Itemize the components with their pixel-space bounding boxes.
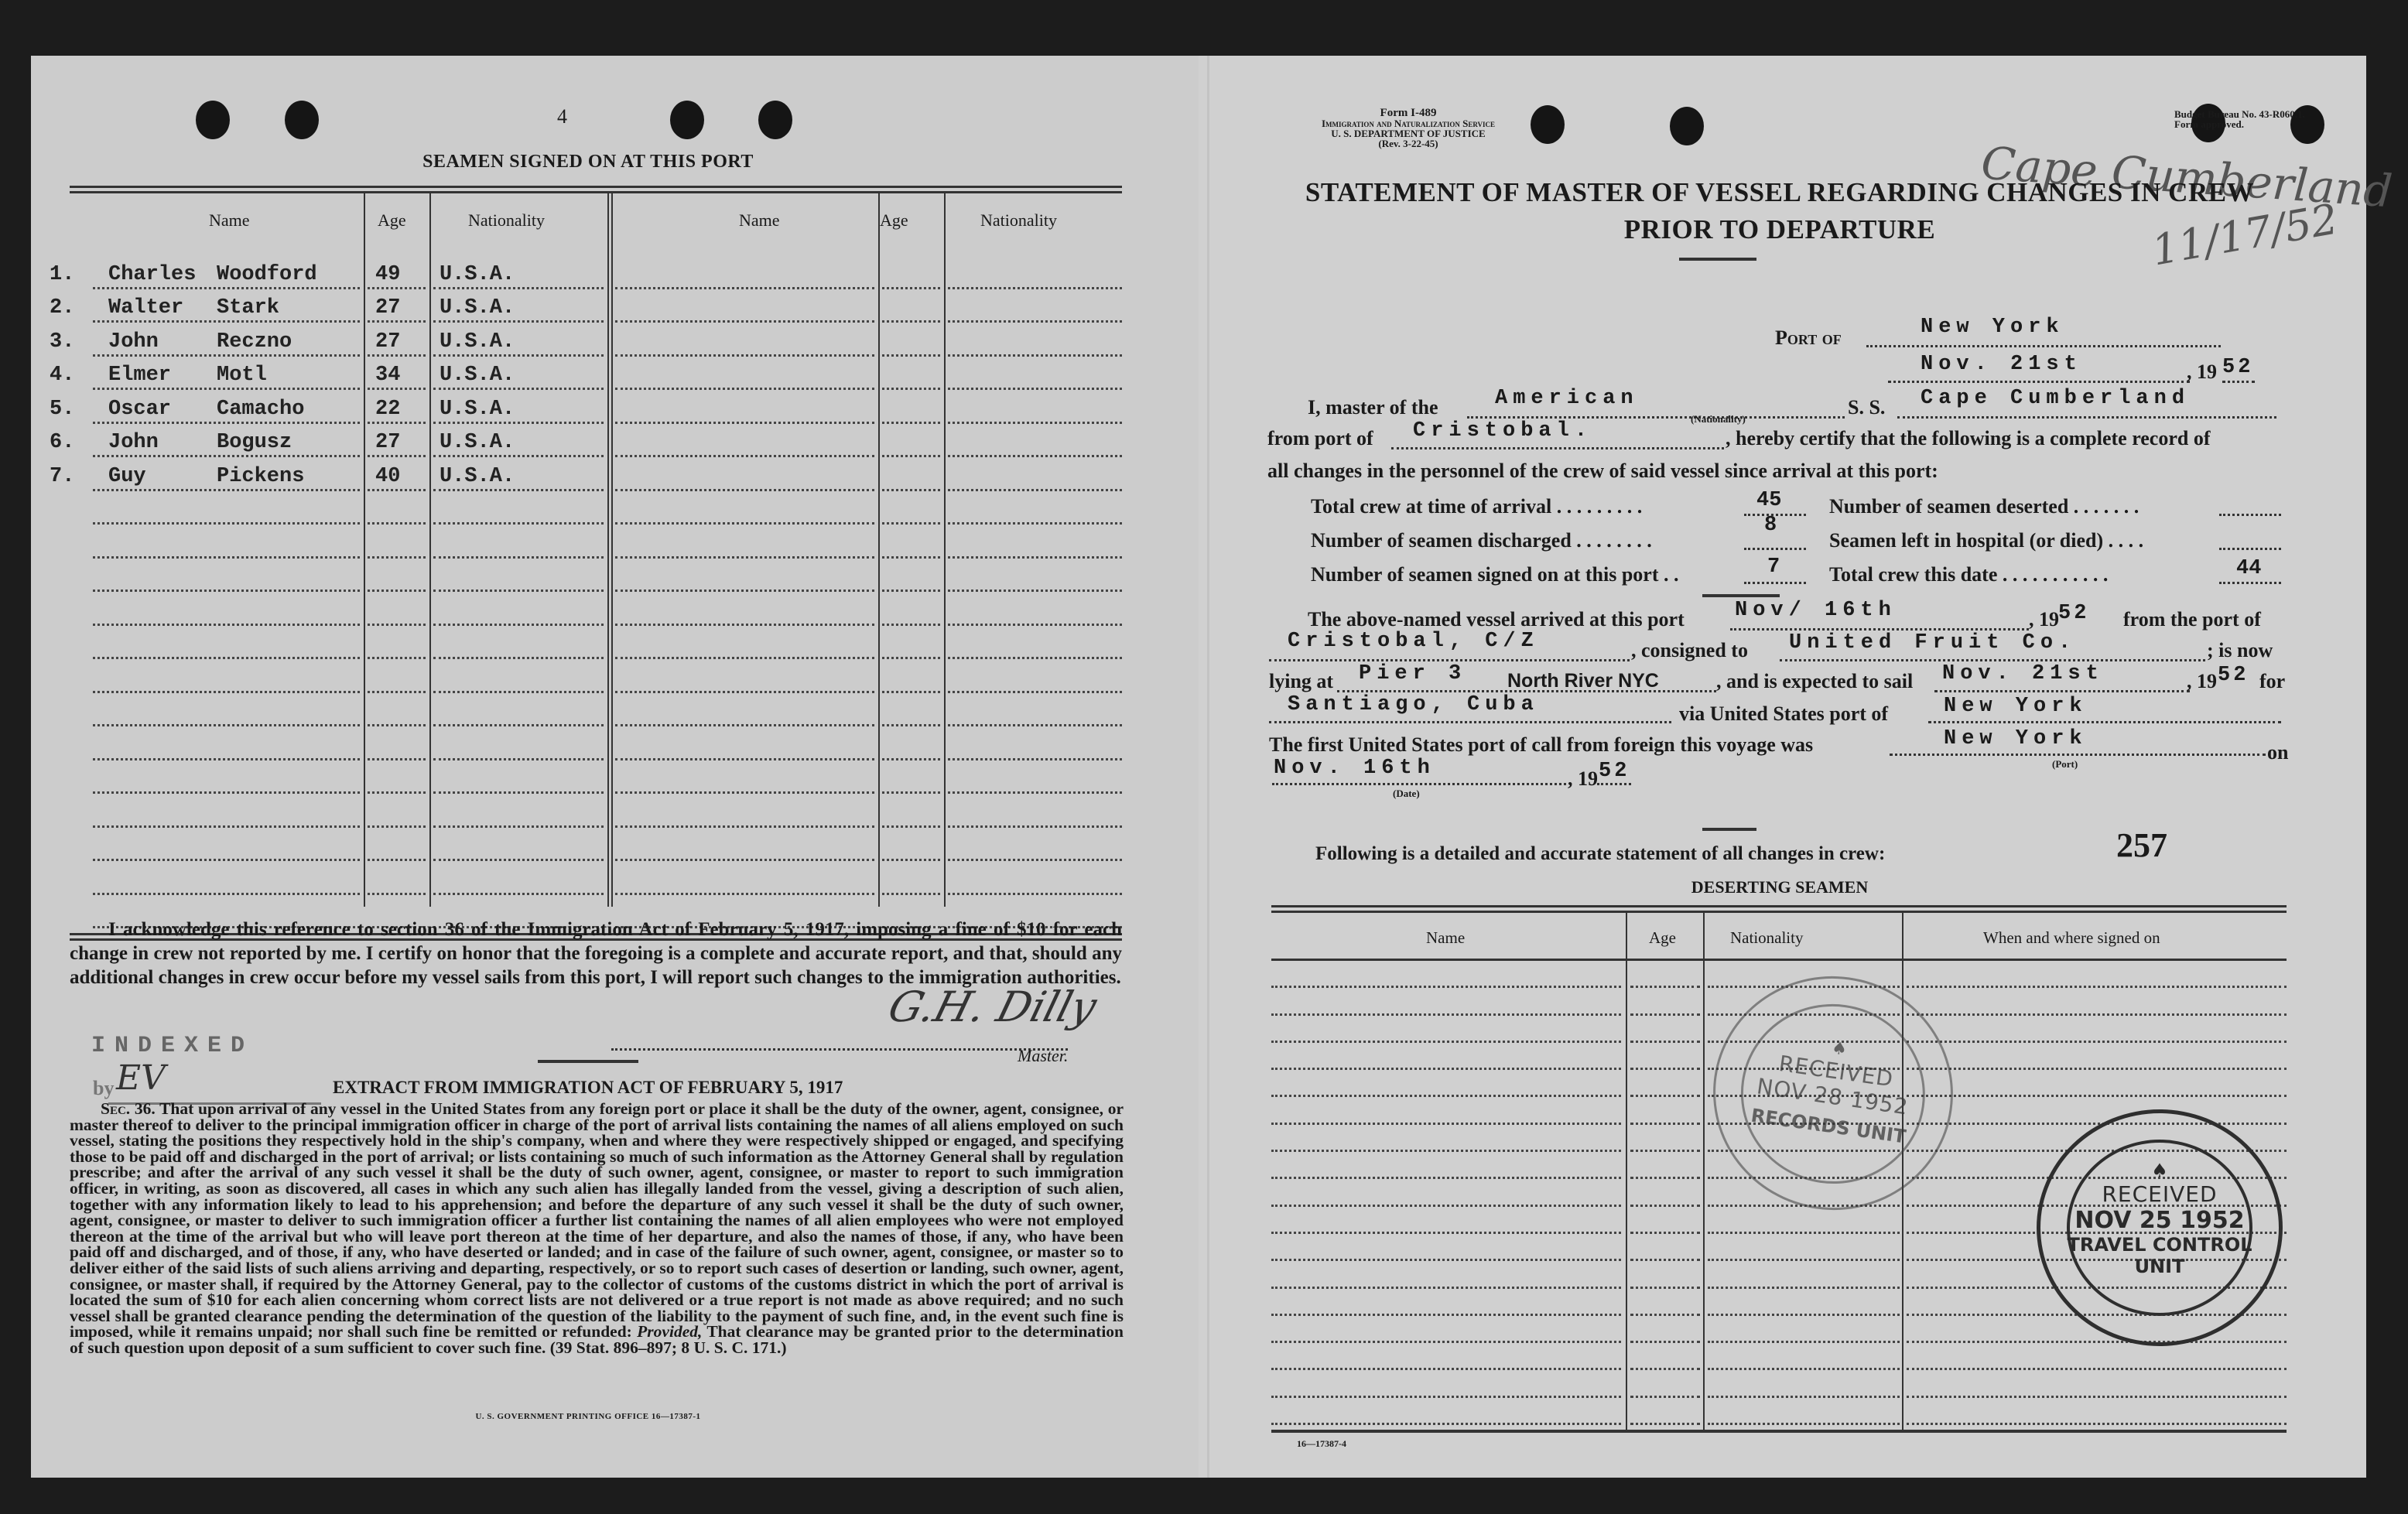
- signed-on-line: [1744, 582, 1806, 584]
- stamp-tree-icon: ♠: [2040, 1160, 2279, 1181]
- master-label: Master.: [1018, 1046, 1068, 1066]
- sail-date-value[interactable]: Nov. 21st: [1942, 662, 2104, 685]
- age: 40: [375, 465, 400, 488]
- signed-on-rows: 1. Charles Woodford 49 U.S.A. 2. Walter …: [70, 255, 1122, 491]
- age: 22: [375, 398, 400, 421]
- first-port-year-value[interactable]: 52: [1599, 760, 1630, 783]
- discharged-label: Number of seamen discharged . . . . . . …: [1311, 529, 1652, 552]
- total-arrival-label: Total crew at time of arrival . . . . . …: [1311, 495, 1642, 518]
- extract-body: Sec. 36. That upon arrival of any vessel…: [70, 1101, 1124, 1356]
- first-port-year-line: [1597, 783, 1631, 785]
- date-line: [1888, 381, 2190, 383]
- table-row: 6. John Bogusz 27 U.S.A.: [70, 424, 1122, 458]
- hospital-line: [2219, 548, 2281, 550]
- from-port-line: [1391, 447, 1724, 449]
- blank-table-row: [70, 525, 1122, 559]
- first-name: Guy: [108, 465, 146, 488]
- via-line: [1928, 721, 2281, 723]
- col-header-name-2: Name: [739, 210, 780, 231]
- form-footer-number: 16—17387-4: [1297, 1438, 1346, 1450]
- sail-date-line: [1934, 690, 2190, 692]
- deserting-seamen-title: DESERTING SEAMEN: [1269, 877, 2290, 897]
- row-index: 2.: [50, 296, 74, 320]
- first-port-date-value[interactable]: Nov. 16th: [1274, 757, 1435, 780]
- table-top-rule: [1271, 905, 2287, 913]
- year-prefix: , 19: [1568, 767, 1598, 791]
- lying-at-label: lying at: [1269, 670, 1333, 693]
- table-top-rule: [70, 186, 1122, 193]
- nationality: U.S.A.: [440, 330, 515, 354]
- nationality-value[interactable]: American: [1495, 387, 1639, 410]
- row-index: 7.: [50, 465, 74, 488]
- extract-title: EXTRACT FROM IMMIGRATION ACT OF FEBRUARY…: [333, 1078, 843, 1098]
- row-index: 5.: [50, 398, 74, 421]
- deserted-label: Number of seamen deserted . . . . . . .: [1829, 495, 2139, 518]
- indexed-by-label: by: [93, 1077, 114, 1100]
- punch-hole-icon: [196, 101, 230, 139]
- year-prefix: , 19: [2029, 608, 2059, 631]
- blank-table-row: [70, 626, 1122, 660]
- last-name: Bogusz: [217, 431, 292, 454]
- nationality-caption: (Nationality): [1691, 413, 1746, 425]
- age: 27: [375, 330, 400, 354]
- blank-table-row: [70, 726, 1122, 760]
- total-date-label: Total crew this date . . . . . . . . . .…: [1829, 563, 2108, 586]
- travel-control-stamp: ♠ RECEIVED NOV 25 1952 TRAVEL CONTROL UN…: [2037, 1109, 2283, 1346]
- nationality: U.S.A.: [440, 296, 515, 320]
- consigned-label: , consigned to: [1631, 639, 1748, 662]
- last-name: Stark: [217, 296, 279, 320]
- first-name: Charles: [108, 263, 196, 286]
- discharged-line: [1744, 548, 1806, 550]
- signed-on-value[interactable]: 7: [1767, 555, 1780, 579]
- form-approved: Form approved.: [2174, 119, 2305, 129]
- acknowledgement-text: I acknowledge this reference to section …: [70, 918, 1122, 989]
- last-name: Reczno: [217, 330, 292, 354]
- blank-table-row: [70, 794, 1122, 828]
- nationality: U.S.A.: [440, 465, 515, 488]
- page-number: 4: [557, 105, 567, 128]
- total-date-value[interactable]: 44: [2236, 557, 2261, 580]
- last-name: Woodford: [217, 263, 317, 286]
- on-label: on: [2267, 741, 2288, 764]
- age: 27: [375, 296, 400, 320]
- blank-table-row: [1271, 1370, 2287, 1397]
- year-prefix: , 19: [2187, 361, 2217, 384]
- stamp-unit: TRAVEL CONTROL: [2040, 1234, 2279, 1256]
- blank-rows: [70, 491, 1122, 929]
- form-title: STATEMENT OF MASTER OF VESSEL REGARDING …: [1269, 174, 2290, 248]
- table-row: 7. Guy Pickens 40 U.S.A.: [70, 457, 1122, 491]
- title-line-1: STATEMENT OF MASTER OF VESSEL REGARDING …: [1269, 174, 2290, 211]
- first-name: Walter: [108, 296, 183, 320]
- age: 34: [375, 364, 400, 387]
- divider-rule: [1702, 828, 1756, 831]
- arrived-from-value[interactable]: Cristobal, C/Z: [1288, 630, 1539, 653]
- for-label: for: [2259, 670, 2285, 693]
- lying-at-pier[interactable]: Pier 3: [1359, 662, 1466, 685]
- page-count-number: 257: [2116, 825, 2167, 865]
- arrived-from-line: [1269, 659, 1630, 661]
- vessel-value[interactable]: Cape Cumberland: [1921, 387, 2190, 410]
- blank-table-row: [1271, 961, 2287, 988]
- blank-table-row: [70, 592, 1122, 626]
- year-prefix: , 19: [2187, 670, 2217, 693]
- date-caption: (Date): [1393, 788, 1420, 800]
- col-header-nationality-2: Nationality: [980, 210, 1057, 231]
- row-index: 6.: [50, 431, 74, 454]
- from-port-value[interactable]: Cristobal.: [1413, 419, 1592, 443]
- punch-hole-icon: [758, 101, 792, 139]
- col-header-name: Name: [209, 210, 250, 231]
- table-row: 3. John Reczno 27 U.S.A.: [70, 323, 1122, 357]
- expected-label: , and is expected to sail: [1716, 670, 1913, 693]
- punch-hole-icon: [285, 101, 319, 139]
- arrived-label: The above-named vessel arrived at this p…: [1308, 608, 1685, 631]
- via-label: via United States port of: [1679, 702, 1888, 726]
- certify-text: , hereby certify that the following is a…: [1726, 427, 2211, 450]
- master-of-label: I, master of the: [1308, 396, 1438, 419]
- row-index: 1.: [50, 263, 74, 286]
- table-row: 2. Walter Stark 27 U.S.A.: [70, 289, 1122, 323]
- via-value[interactable]: New York: [1944, 695, 2088, 718]
- age: 27: [375, 431, 400, 454]
- indexed-by-initials: EV: [116, 1058, 166, 1098]
- revision-date: (Rev. 3-22-45): [1269, 138, 1548, 149]
- port-caption: (Port): [2052, 758, 2078, 771]
- blank-table-row: [70, 760, 1122, 795]
- from-port-of-label: from the port of: [2123, 608, 2261, 631]
- nationality: U.S.A.: [440, 263, 515, 286]
- destination-line: [1269, 721, 1671, 723]
- divider-rule: [1702, 594, 1780, 597]
- arrived-date-value[interactable]: Nov/ 16th: [1735, 599, 1897, 622]
- blank-table-row: [1271, 1343, 2287, 1370]
- col-header-nationality: Nationality: [1730, 928, 1803, 948]
- title-underline: [1679, 258, 1756, 261]
- signed-on-label: Number of seamen signed on at this port …: [1311, 563, 1678, 586]
- first-name: Elmer: [108, 364, 171, 387]
- blank-table-row: [1271, 1398, 2287, 1425]
- hospital-label: Seamen left in hospital (or died) . . . …: [1829, 529, 2143, 552]
- first-port-date-line: [1272, 783, 1566, 785]
- last-name: Pickens: [217, 465, 304, 488]
- stamp-received: RECEIVED: [2040, 1181, 2279, 1207]
- signed-on-table: Name Age Nationality Name Age Nationalit…: [70, 186, 1122, 941]
- col-header-age: Age: [1649, 928, 1676, 948]
- port-of-label: Port of: [1775, 326, 1842, 350]
- stamp-unit-2: UNIT: [2040, 1256, 2279, 1277]
- blank-table-row: [70, 861, 1122, 895]
- vessel-line: [1897, 416, 2276, 419]
- lying-at-stamp: North River NYC: [1507, 670, 1659, 692]
- divider-rule: [538, 1060, 638, 1063]
- master-signature: G.H. Dilly: [884, 983, 1102, 1031]
- first-port-label: The first United States port of call fro…: [1269, 733, 1813, 757]
- signed-on-title: SEAMEN SIGNED ON AT THIS PORT: [0, 152, 1176, 173]
- col-header-name: Name: [1426, 928, 1465, 948]
- is-now-label: ; is now: [2207, 639, 2273, 662]
- consigned-line: [1780, 659, 2205, 661]
- year-line: [2222, 381, 2255, 383]
- blank-table-row: [70, 693, 1122, 727]
- first-name: John: [108, 431, 159, 454]
- page-fold: [1207, 56, 1209, 1478]
- nationality: U.S.A.: [440, 431, 515, 454]
- first-port-value[interactable]: New York: [1944, 727, 2088, 750]
- last-name: Camacho: [217, 398, 304, 421]
- total-arrival-value[interactable]: 45: [1756, 489, 1781, 512]
- age: 49: [375, 263, 400, 286]
- punch-hole-icon: [670, 101, 704, 139]
- statement-text: Following is a detailed and accurate sta…: [1315, 843, 1885, 865]
- title-line-2: PRIOR TO DEPARTURE: [1269, 211, 2290, 248]
- budget-bureau-note: Budget Bureau No. 43-R060.1. Form approv…: [2174, 109, 2305, 129]
- row-index: 3.: [50, 330, 74, 354]
- port-of-value[interactable]: New York: [1921, 316, 2064, 339]
- sail-year-value[interactable]: 52: [2218, 664, 2249, 687]
- col-header-age: Age: [378, 210, 406, 231]
- deserted-line: [2219, 514, 2281, 516]
- table-header: Name Age Nationality When and where sign…: [1271, 913, 2287, 961]
- consigned-value[interactable]: United Fruit Co.: [1789, 631, 2076, 654]
- nationality-line: [1467, 416, 1845, 419]
- col-header-nationality: Nationality: [468, 210, 545, 231]
- blank-table-row: [70, 659, 1122, 693]
- table-header: Name Age Nationality Name Age Nationalit…: [70, 193, 1122, 255]
- discharged-value[interactable]: 8: [1764, 514, 1777, 537]
- punch-hole-icon: [1670, 107, 1704, 145]
- stamp-date: NOV 25 1952: [2040, 1207, 2279, 1234]
- arrived-year-value[interactable]: 52: [2058, 602, 2089, 625]
- form-header: Form I-489 Immigration and Naturalizatio…: [1269, 108, 1548, 149]
- certify-text-2: all changes in the personnel of the crew…: [1267, 460, 1938, 483]
- blank-table-row: [70, 559, 1122, 593]
- table-bottom-rule: [1271, 1430, 2287, 1433]
- first-name: Oscar: [108, 398, 171, 421]
- col-header-age-2: Age: [880, 210, 908, 231]
- ss-label: S. S.: [1848, 396, 1885, 419]
- first-name: John: [108, 330, 159, 354]
- from-port-label: from port of: [1267, 427, 1373, 450]
- total-date-line: [2219, 582, 2281, 584]
- first-port-line: [1890, 754, 2266, 756]
- port-of-line: [1866, 345, 2221, 347]
- indexed-stamp: INDEXED: [91, 1033, 254, 1059]
- blank-table-row: [70, 828, 1122, 862]
- date-value[interactable]: Nov. 21st: [1921, 353, 2082, 376]
- signature-line: [611, 1048, 1068, 1051]
- year-value[interactable]: 52: [2222, 356, 2253, 379]
- table-row: 5. Oscar Camacho 22 U.S.A.: [70, 390, 1122, 424]
- nationality: U.S.A.: [440, 398, 515, 421]
- extract-main: That upon arrival of any vessel in the U…: [70, 1099, 1124, 1341]
- arrived-date-line: [1730, 628, 2029, 631]
- table-row: 1. Charles Woodford 49 U.S.A.: [70, 255, 1122, 289]
- col-header-signed-on: When and where signed on: [1983, 928, 2160, 948]
- destination-value[interactable]: Santiago, Cuba: [1288, 693, 1539, 716]
- nationality: U.S.A.: [440, 364, 515, 387]
- blank-table-row: [70, 491, 1122, 525]
- table-row: 4. Elmer Motl 34 U.S.A.: [70, 357, 1122, 391]
- last-name: Motl: [217, 364, 267, 387]
- printing-office-footer: U. S. GOVERNMENT PRINTING OFFICE 16—1738…: [0, 1412, 1176, 1421]
- row-index: 4.: [50, 364, 74, 387]
